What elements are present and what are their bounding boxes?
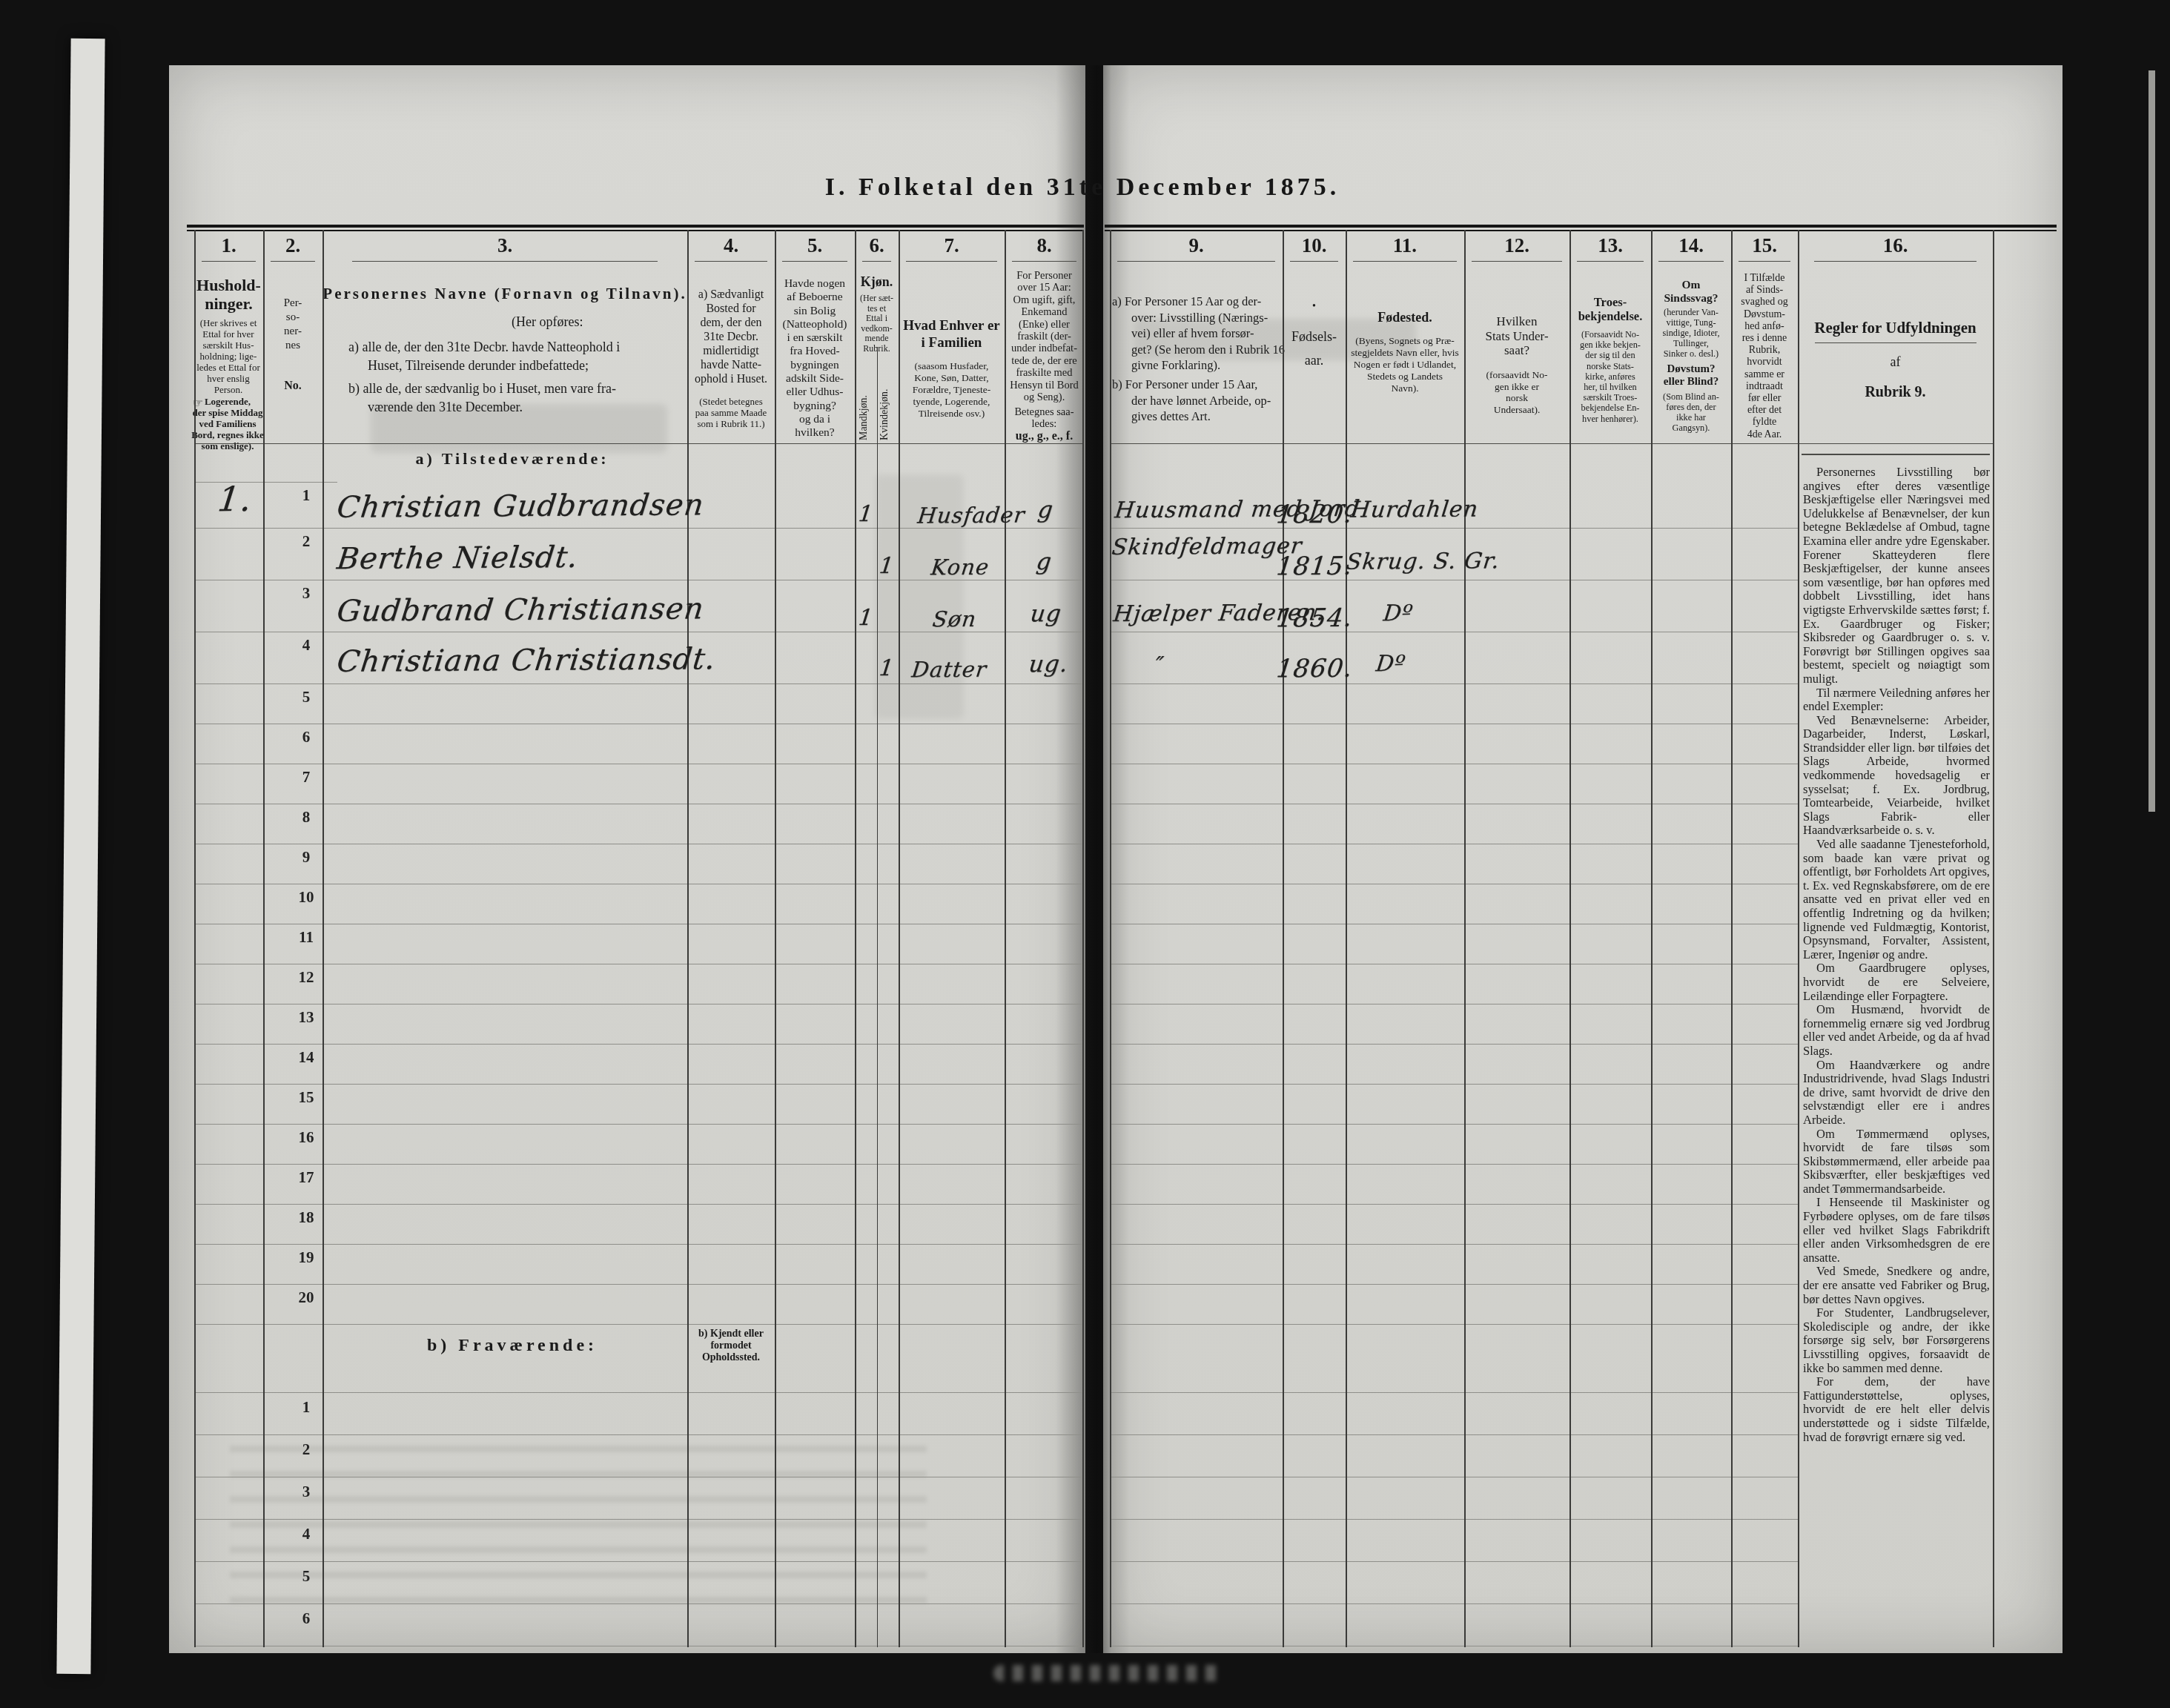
column-line (1005, 230, 1006, 1647)
row-line (1110, 1044, 1798, 1045)
handwritten-occupation: Skindfeldmager (1111, 533, 1303, 560)
col4-number: 4. (687, 234, 775, 257)
col3-number: 3. (322, 234, 687, 257)
col12-note: (forsaavidt No- gen ikke er norsk Unders… (1466, 369, 1568, 415)
col10-dot: • (1283, 301, 1346, 313)
col7-note: (saasom Husfader, Kone, Søn, Datter, For… (899, 360, 1005, 420)
col6-female-label: Kvindekjøn. (879, 348, 891, 440)
rule-paragraph: Ved Benævnelserne: Arbeider, Dagarbeider… (1803, 714, 1990, 838)
handwritten-birthplace: Hurdahlen (1349, 496, 1480, 523)
col7-title: Hvad Enhver er i Familien (900, 317, 1003, 351)
row-line (194, 1477, 1084, 1477)
row-line (194, 1392, 1084, 1393)
row-line (194, 884, 1084, 884)
column-number-underline (1814, 261, 1977, 262)
row-line (1110, 1434, 1798, 1435)
row-number: 10 (295, 888, 317, 907)
col14-note: (herunder Van- vittige, Tung- sindige, I… (1651, 307, 1731, 359)
col16-title: Regler for Udfyldningen (1798, 319, 1993, 337)
column-number-underline (1472, 261, 1562, 262)
column-line (1110, 230, 1111, 1647)
column-line (1993, 230, 1994, 1647)
rule-paragraph: Til nærmere Veiledning anføres her endel… (1803, 686, 1990, 714)
table-top-rule (1105, 225, 2057, 228)
col12-title: Hvilken Stats Under- saat? (1466, 314, 1568, 358)
row-line (1110, 1324, 1798, 1325)
row-line (1110, 1124, 1798, 1125)
row-line (194, 924, 1084, 924)
col5-number: 5. (775, 234, 855, 257)
row-number: 5 (295, 1567, 317, 1586)
col4-note: (Stedet betegnes paa samme Maade som i R… (687, 396, 775, 429)
row-line (194, 804, 1084, 804)
row-number: 1 (295, 1398, 317, 1417)
handwritten-male-tally: 1 (857, 501, 875, 527)
row-line (1110, 1204, 1798, 1205)
row-line (194, 1646, 1084, 1646)
section-b-label: b) Fraværende: (337, 1336, 687, 1356)
row-line (1110, 884, 1798, 884)
row-line (1110, 1477, 1798, 1477)
row-line (1110, 1519, 1798, 1520)
row-number: 7 (295, 768, 317, 787)
col14-note2: (Som Blind an- føres den, der ikke har G… (1651, 391, 1731, 433)
row-number: 4 (295, 1525, 317, 1543)
table-top-rule (187, 225, 1084, 228)
col9-item-b: b) For Personer under 15 Aar, der have l… (1112, 377, 1299, 425)
col1-number: 1. (194, 234, 263, 257)
row-line (1110, 443, 1993, 444)
row-line (1110, 1244, 1798, 1245)
col3-item-a: a) alle de, der den 31te Decbr. havde Na… (348, 338, 701, 375)
rules-text-rubrik-9: Personernes Livsstilling bør angives eft… (1803, 466, 1990, 1592)
section-a-label: a) Tilstedeværende: (337, 449, 687, 469)
col11-title: Fødested. (1346, 310, 1464, 325)
handwritten-name: Berthe Nielsdt. (335, 540, 580, 576)
handwritten-family-position: Husfader (916, 502, 1027, 528)
handwritten-birthplace: Dº (1382, 600, 1415, 626)
row-line (194, 844, 1084, 844)
col2-title2: No. (263, 380, 322, 393)
table-top-rule (187, 230, 1084, 231)
row-number: 4 (295, 636, 317, 655)
row-line (1110, 1603, 1798, 1604)
column-line (855, 230, 856, 1647)
column-line (1464, 230, 1466, 1647)
row-number: 12 (295, 968, 317, 987)
col14-title: Om Sindssvag? (1653, 279, 1730, 305)
column-number-underline (1739, 261, 1790, 262)
row-line (194, 1519, 1084, 1520)
col6-number: 6. (855, 234, 899, 257)
column-number-underline (1577, 261, 1644, 262)
col8-number: 8. (1005, 234, 1084, 257)
row-number: 13 (295, 1008, 317, 1027)
column-line (1731, 230, 1733, 1647)
row-number: 16 (295, 1128, 317, 1147)
handwritten-name: Christiana Christiansdt. (335, 642, 718, 679)
column-line (1651, 230, 1653, 1647)
row-number: 15 (295, 1088, 317, 1107)
row-number: 9 (295, 848, 317, 867)
section-b-col4-note: b) Kjendt eller formodet Opholdssted. (689, 1328, 773, 1364)
row-line (194, 1204, 1084, 1205)
column-line (194, 230, 196, 1647)
col10-text: Fødsels- aar. (1283, 325, 1346, 372)
handwritten-birth-year: 1820. (1275, 500, 1354, 530)
col1-note: (Her skrives et Ettal for hver særskilt … (191, 317, 265, 395)
col14-number: 14. (1651, 234, 1731, 257)
column-number-underline (202, 261, 256, 262)
row-line (1110, 1561, 1798, 1562)
row-line (1110, 924, 1798, 924)
rule-paragraph: For dem, der have Fattigunderstøttelse, … (1803, 1375, 1990, 1444)
col2-number: 2. (263, 234, 322, 257)
handwritten-birthplace: Dº (1375, 651, 1407, 677)
row-line (194, 1434, 1084, 1435)
row-line (194, 1603, 1084, 1604)
column-number-underline (271, 261, 315, 262)
row-line (1110, 1646, 1798, 1646)
handwritten-marital-status: ug (1029, 600, 1063, 627)
column-line (1569, 230, 1571, 1647)
row-number: 3 (295, 1483, 317, 1501)
row-line (194, 1284, 1084, 1285)
column-number-underline (1353, 261, 1457, 262)
col6-male-label: Mandkjøn. (859, 354, 870, 440)
row-line (1110, 580, 1798, 580)
right-page-edge-sliver (2149, 70, 2155, 812)
row-number: 2 (295, 532, 317, 551)
column-number-underline (1117, 261, 1275, 262)
col14-title2: Døvstum? eller Blind? (1653, 363, 1730, 388)
row-line (1110, 764, 1798, 764)
row-line (194, 1244, 1084, 1245)
row-line (1110, 1392, 1798, 1393)
column-line (263, 230, 265, 1647)
col13-title: Troes- bekjendelse. (1571, 295, 1650, 323)
col15-number: 15. (1731, 234, 1798, 257)
column-line (899, 230, 900, 1647)
col13-note: (Forsaavidt No- gen ikke bekjen- der sig… (1569, 329, 1651, 424)
column-number-underline (695, 261, 767, 262)
row-line (194, 1324, 1084, 1325)
column-line (1798, 230, 1799, 1647)
row-line (194, 632, 1084, 632)
col8-subtitle: Betegnes saa- ledes: (1006, 406, 1082, 430)
column-number-underline (352, 261, 658, 262)
header-underline (1802, 454, 1990, 455)
column-line (877, 347, 878, 1647)
col6-note: (Her sæt- tes et Ettal i vedkom- mende R… (853, 294, 900, 354)
scanned-census-sheet: I. Folketal den 31te December 1875. 1. 2… (0, 0, 2170, 1708)
row-number: 18 (295, 1208, 317, 1227)
row-number: 6 (295, 728, 317, 747)
row-line (1110, 683, 1798, 684)
handwritten-name: Christian Gudbrandsen (335, 488, 706, 524)
handwritten-birth-year: 1815. (1275, 552, 1354, 582)
column-number-underline (1012, 261, 1076, 262)
row-line (1110, 1084, 1798, 1085)
col12-number: 12. (1464, 234, 1569, 257)
rule-paragraph: Personernes Livsstilling bør angives eft… (1803, 466, 1990, 686)
row-number: 20 (295, 1288, 317, 1307)
row-line (194, 964, 1084, 964)
row-line (194, 1044, 1084, 1045)
handwritten-birthplace: Skrug. S. Gr. (1345, 548, 1501, 575)
row-number: 6 (295, 1609, 317, 1628)
handwritten-family-position: Søn (931, 606, 978, 632)
row-line (194, 1004, 1084, 1004)
handwritten-birth-year: 1860. (1275, 654, 1354, 684)
column-number-underline (862, 261, 891, 262)
handwritten-name: Gudbrand Christiansen (335, 592, 706, 628)
row-number: 8 (295, 808, 317, 827)
col8-codes: ug., g., e., f. (1006, 430, 1082, 443)
col13-number: 13. (1569, 234, 1651, 257)
page-title: I. Folketal den 31te December 1875. (749, 173, 1416, 202)
rule-paragraph: Om Gaardbrugere oplyses, hvorvidt de ere… (1803, 961, 1990, 1003)
col11-number: 11. (1346, 234, 1464, 257)
col9-item-a: a) For Personer 15 Aar og der- over: Liv… (1112, 294, 1299, 374)
row-line (1110, 1284, 1798, 1285)
column-line (322, 230, 324, 1647)
bottom-caption-smudge (993, 1665, 1223, 1681)
col10-number: 10. (1283, 234, 1346, 257)
bleed-through-artifact (230, 1446, 927, 1609)
col8-text: For Personer over 15 Aar: Om ugift, gift… (1006, 270, 1082, 403)
row-line (1110, 844, 1798, 844)
row-line (194, 482, 337, 483)
rule-paragraph: I Henseende til Maskinister og Fyrbødere… (1803, 1196, 1990, 1265)
col15-text: I Tilfælde af Sinds- svaghed og Døvstum-… (1733, 273, 1796, 441)
handwritten-male-tally: 1 (857, 605, 875, 631)
row-line (1110, 1004, 1798, 1004)
col16-rubrik: Rubrik 9. (1798, 384, 1993, 401)
column-number-underline (782, 261, 847, 262)
col1-title: Hushold- ninger. (194, 276, 263, 313)
row-line (1110, 804, 1798, 804)
handwritten-birth-year: 1854. (1275, 603, 1354, 634)
handwritten-marital-status: ug. (1028, 651, 1070, 678)
row-number: 14 (295, 1048, 317, 1067)
column-line (1082, 230, 1084, 1647)
col5-text: Havde nogen af Beboerne sin Bolig (Natte… (776, 277, 853, 440)
handwritten-household-number: 1. (216, 479, 254, 519)
rules-title-underline (1815, 342, 1977, 343)
col6-title: Kjøn. (855, 274, 899, 290)
rule-paragraph: Om Haandværkere og andre Industridrivend… (1803, 1059, 1990, 1128)
adjacent-page-edge (56, 39, 105, 1674)
handwritten-marital-status: g (1035, 549, 1053, 575)
column-line (1283, 230, 1284, 1647)
row-line (194, 580, 1084, 580)
table-top-rule (1105, 230, 2057, 231)
handwritten-female-tally: 1 (878, 553, 896, 579)
row-line (1110, 724, 1798, 724)
col4-text: a) Sædvanligt Bosted for dem, der den 31… (689, 288, 773, 386)
row-line (194, 443, 1084, 444)
row-number: 19 (295, 1248, 317, 1267)
col7-number: 7. (899, 234, 1005, 257)
col3-item-b: b) alle de, der sædvanlig bo i Huset, me… (348, 380, 701, 417)
row-line (194, 724, 1084, 724)
row-number: 5 (295, 688, 317, 706)
row-line (1110, 528, 1798, 529)
handwritten-family-position: Datter (910, 657, 988, 683)
col3-subtitle: (Her opføres: (512, 314, 583, 330)
row-number: 2 (295, 1440, 317, 1459)
col9-number: 9. (1110, 234, 1283, 257)
row-number: 1 (295, 486, 317, 505)
row-line (194, 1164, 1084, 1165)
col11-note: (Byens, Sognets og Præ- stegjeldets Navn… (1344, 335, 1466, 394)
column-number-underline (1658, 261, 1724, 262)
row-line (194, 1561, 1084, 1562)
rule-paragraph: Ved Smede, Snedkere og andre, der ere an… (1803, 1265, 1990, 1306)
rule-paragraph: Om Husmænd, hvorvidt de fornemmelig ernæ… (1803, 1003, 1990, 1058)
row-line (1110, 632, 1798, 632)
row-line (194, 1084, 1084, 1085)
col16-af: af (1798, 354, 1993, 370)
row-line (1110, 1164, 1798, 1165)
col3-title: Personernes Navne (Fornavn og Tilnavn). (322, 285, 687, 303)
row-line (194, 1124, 1084, 1125)
row-number: 3 (295, 584, 317, 603)
handwritten-female-tally: 1 (878, 655, 896, 681)
handwritten-marital-status: g (1036, 497, 1055, 523)
rule-paragraph: Ved alle saadanne Tjenesteforhold, som b… (1803, 838, 1990, 961)
handwritten-family-position: Kone (930, 555, 990, 580)
column-number-underline (906, 261, 997, 262)
column-line (687, 230, 689, 1647)
rule-paragraph: For Studenter, Landbrugselever, Skoledis… (1803, 1306, 1990, 1375)
column-number-underline (1290, 261, 1338, 262)
row-number: 17 (295, 1168, 317, 1187)
row-line (194, 683, 1084, 684)
rule-paragraph: Om Tømmermænd oplyses, hvorvidt de fare … (1803, 1128, 1990, 1196)
col16-number: 16. (1798, 234, 1993, 257)
row-number: 11 (295, 928, 317, 947)
row-line (194, 764, 1084, 764)
col2-title: Per- so- ner- nes (263, 297, 322, 353)
column-line (775, 230, 776, 1647)
row-line (1110, 964, 1798, 964)
column-line (1346, 230, 1347, 1647)
